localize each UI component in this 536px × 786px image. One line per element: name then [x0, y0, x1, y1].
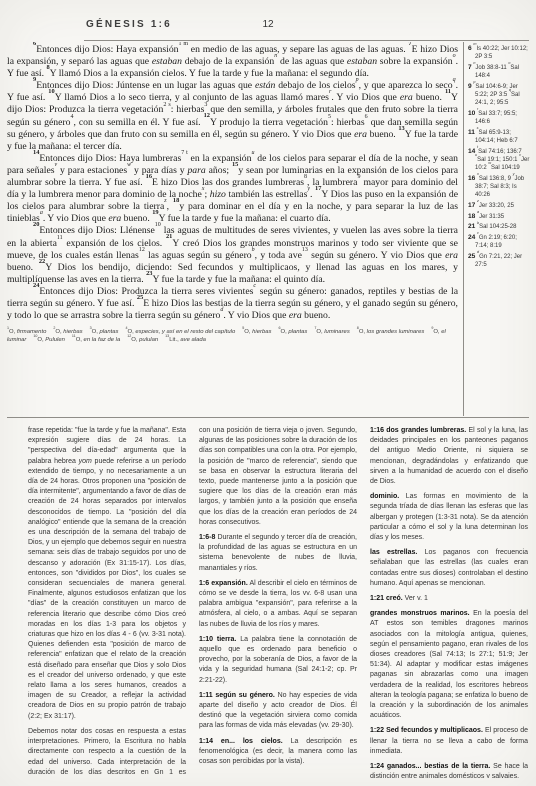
cross-reference: 17 zJer 33:20, 25 [468, 202, 530, 210]
cross-reference: 9 pSal 104:6-9; Jer 5:22; 2P 3:5 qSal 24… [468, 83, 530, 108]
main-content: 6Entonces dijo Dios: Haya expansión1 m e… [7, 42, 530, 416]
bible-page: GÉNESIS 1:6 12 6Entonces dijo Dios: Haya… [0, 0, 536, 786]
section-divider-rule [7, 417, 529, 418]
cross-reference: 10 rSal 33:7; 95:5; 146:6 [468, 110, 530, 126]
scripture-paragraph: 6Entonces dijo Dios: Haya expansión1 m e… [7, 44, 458, 80]
translator-footnote: 13Lit., ave alada [165, 337, 206, 343]
study-note: 1:11 según su género. No hay especies de… [199, 691, 357, 732]
translator-footnote: 8O, los grandes luminares [357, 329, 425, 335]
translator-footnote: 7O, luminares [314, 329, 349, 335]
study-note: Debemos notar dos cosas en respuesta a e… [28, 727, 186, 778]
scripture-paragraph: 14Entonces dijo Dios: Haya lumbreras7 t … [7, 153, 458, 226]
study-note: 1:16 dos grandes lumbreras. El sol y la … [370, 426, 528, 487]
cross-reference: 14 tSal 74:16; 136:7 uSal 19:1; 150:1 vJ… [468, 148, 530, 173]
study-note: 1:22 Sed fecundos y multiplicaos. El pro… [370, 726, 528, 757]
scripture-paragraph: 9Entonces dijo Dios: Júntense en un luga… [7, 80, 458, 153]
cross-reference: 7 nJob 38:8-11 oSal 148:4 [468, 64, 530, 80]
study-notes: frase repetida: "fue la tarde y fue la m… [28, 426, 528, 778]
translator-footnote: 5O, hierbas [242, 329, 271, 335]
notes-column-1: frase repetida: "fue la tarde y fue la m… [28, 426, 186, 778]
cross-reference: 25 dGn 7:21, 22; Jer 27:5 [468, 253, 530, 269]
notes-column-2: con una posición de tierra vieja o joven… [199, 426, 357, 778]
cross-reference: 16 xSal 136:8, 9 yJob 38:7; Sal 8:3; Is … [468, 175, 530, 200]
cross-reference: 11 sSal 65:9-13; 104:14; Heb 6:7 [468, 129, 530, 145]
study-note: frase repetida: "fue la tarde y fue la m… [28, 426, 186, 722]
translator-footnote: 12O, pululan [127, 337, 158, 343]
cross-reference: 24 cGn 2:19; 6:20; 7:14; 8:19 [468, 234, 530, 250]
study-note: 1:10 tierra. La palabra tiene la connota… [199, 635, 357, 686]
cross-reference: 18 aJer 31:35 [468, 213, 530, 221]
cross-reference-column: 6 mIs 40:22; Jer 10:12; 2P 3:57 nJob 38:… [463, 42, 530, 416]
header-rule [84, 40, 529, 41]
study-note: grandes monstruos marinos. En la poesía … [370, 609, 528, 721]
cross-reference: 6 mIs 40:22; Jer 10:12; 2P 3:5 [468, 45, 530, 61]
translator-footnote: 1O, firmamento [7, 329, 46, 335]
study-note: las estrellas. Los paganos con frecuenci… [370, 548, 528, 589]
study-note: 1:6 expansión. Al describir el cielo en … [199, 579, 357, 630]
translator-footnotes: 1O, firmamento2O, hierbas3O, plantas4O, … [7, 328, 458, 344]
translator-footnote: 2O, hierbas [53, 329, 82, 335]
study-note: 1:24 ganados... bestias de la tierra. Se… [370, 762, 528, 778]
notes-column-3: 1:16 dos grandes lumbreras. El sol y la … [370, 426, 528, 778]
translator-footnote: 10O, Pululen [33, 337, 65, 343]
scripture-text: 6Entonces dijo Dios: Haya expansión1 m e… [7, 44, 458, 322]
study-note: 1:6-8 Durante el segundo y tercer día de… [199, 533, 357, 574]
scripture-column: 6Entonces dijo Dios: Haya expansión1 m e… [7, 42, 463, 416]
study-note: con una posición de tierra vieja o joven… [199, 426, 357, 528]
study-note: 1:14 en... los cielos. La descripción es… [199, 737, 357, 768]
translator-footnote: 6O, plantas [278, 329, 307, 335]
page-number: 12 [0, 19, 536, 30]
study-note: dominio. Las formas en movimiento de la … [370, 492, 528, 543]
scripture-paragraph: 24Entonces dijo Dios: Produzca la tierra… [7, 286, 458, 322]
translator-footnote: 11O, en la faz de la [72, 337, 120, 343]
translator-footnote: 4O, especies, y así en el resto del capí… [125, 329, 235, 335]
translator-footnote: 3O, plantas [90, 329, 119, 335]
scripture-paragraph: 20Entonces dijo Dios: Llénense10 las agu… [7, 225, 458, 285]
study-note: 1:21 creó. Ver v. 1 [370, 594, 528, 604]
